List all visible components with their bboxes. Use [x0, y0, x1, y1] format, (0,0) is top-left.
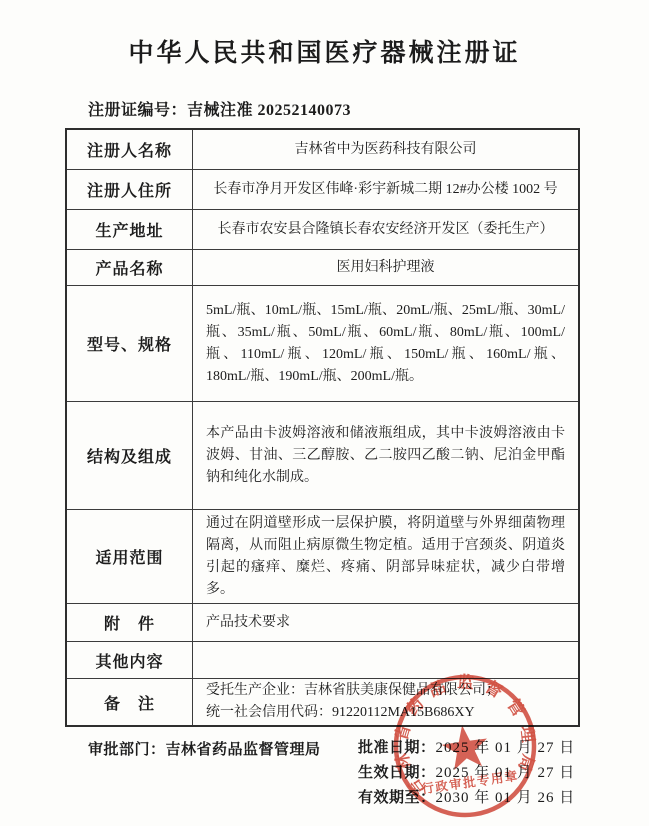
table-row-intended-use: 适用范围 通过在阴道壁形成一层保护膜，将阴道壁与外界细菌物理隔离，从而阻止病原微…: [67, 510, 578, 604]
date-block: 批准日期：2025 年 01 月 27 日 生效日期：2025 年 01 月 2…: [358, 738, 575, 813]
table-row-remarks: 备 注 受托生产企业：吉林省肤美康保健品有限公司； 统一社会信用代码：91220…: [67, 679, 578, 725]
certificate-page: 中华人民共和国医疗器械注册证 注册证编号：吉械注准 20252140073 注册…: [0, 0, 649, 826]
row-value: 5mL/瓶、10mL/瓶、15mL/瓶、20mL/瓶、25mL/瓶、30mL/瓶…: [193, 286, 578, 401]
certificate-table: 注册人名称 吉林省中为医药科技有限公司 注册人住所 长春市净月开发区伟峰·彩宇新…: [65, 128, 580, 727]
row-label: 生产地址: [67, 210, 193, 249]
row-value: 吉林省中为医药科技有限公司: [193, 130, 578, 169]
effective-date-value: 2025 年 01 月 27 日: [436, 765, 576, 781]
row-value: [193, 642, 578, 678]
row-label: 注册人住所: [67, 170, 193, 209]
expiry-date: 有效期至：2030 年 01 月 26 日: [358, 788, 575, 813]
row-value: 长春市农安县合隆镇长春农安经济开发区（委托生产）: [193, 210, 578, 249]
row-label: 注册人名称: [67, 130, 193, 169]
registration-number-value: 吉械注准 20252140073: [187, 102, 351, 119]
table-row-product-name: 产品名称 医用妇科护理液: [67, 250, 578, 286]
expiry-date-value: 2030 年 01 月 26 日: [436, 790, 576, 806]
table-row-structure-composition: 结构及组成 本产品由卡波姆溶液和储液瓶组成，其中卡波姆溶液由卡波姆、甘油、三乙醇…: [67, 402, 578, 510]
expiry-date-label: 有效期至：: [358, 790, 436, 806]
row-value: 产品技术要求: [193, 604, 578, 641]
approval-department: 审批部门：吉林省药品监督管理局: [88, 738, 321, 759]
row-label: 结构及组成: [67, 402, 193, 509]
row-label: 附 件: [67, 604, 193, 641]
approval-date-value: 2025 年 01 月 27 日: [436, 740, 576, 756]
row-label: 其他内容: [67, 642, 193, 678]
row-label: 备 注: [67, 679, 193, 725]
row-label: 产品名称: [67, 250, 193, 285]
approval-department-value: 吉林省药品监督管理局: [166, 742, 321, 758]
page-title: 中华人民共和国医疗器械注册证: [0, 33, 649, 69]
row-value: 通过在阴道壁形成一层保护膜，将阴道壁与外界细菌物理隔离，从而阻止病原微生物定植。…: [193, 510, 578, 603]
approval-department-label: 审批部门：: [88, 742, 166, 758]
table-row-registrant-address: 注册人住所 长春市净月开发区伟峰·彩宇新城二期 12#办公楼 1002 号: [67, 170, 578, 210]
table-row-production-address: 生产地址 长春市农安县合隆镇长春农安经济开发区（委托生产）: [67, 210, 578, 250]
row-value: 本产品由卡波姆溶液和储液瓶组成，其中卡波姆溶液由卡波姆、甘油、三乙醇胺、乙二胺四…: [193, 402, 578, 509]
effective-date: 生效日期：2025 年 01 月 27 日: [358, 763, 575, 788]
registration-number: 注册证编号：吉械注准 20252140073: [88, 97, 351, 120]
row-value: 受托生产企业：吉林省肤美康保健品有限公司； 统一社会信用代码：91220112M…: [193, 679, 578, 725]
table-row-registrant-name: 注册人名称 吉林省中为医药科技有限公司: [67, 130, 578, 170]
approval-date-label: 批准日期：: [358, 740, 436, 756]
row-label: 型号、规格: [67, 286, 193, 401]
effective-date-label: 生效日期：: [358, 765, 436, 781]
row-label: 适用范围: [67, 510, 193, 603]
table-row-attachment: 附 件 产品技术要求: [67, 604, 578, 642]
table-row-model-spec: 型号、规格 5mL/瓶、10mL/瓶、15mL/瓶、20mL/瓶、25mL/瓶、…: [67, 286, 578, 402]
registration-number-label: 注册证编号：: [88, 102, 187, 119]
row-value: 长春市净月开发区伟峰·彩宇新城二期 12#办公楼 1002 号: [193, 170, 578, 209]
approval-date: 批准日期：2025 年 01 月 27 日: [358, 738, 575, 763]
row-value: 医用妇科护理液: [193, 250, 578, 285]
table-row-other-content: 其他内容: [67, 642, 578, 679]
